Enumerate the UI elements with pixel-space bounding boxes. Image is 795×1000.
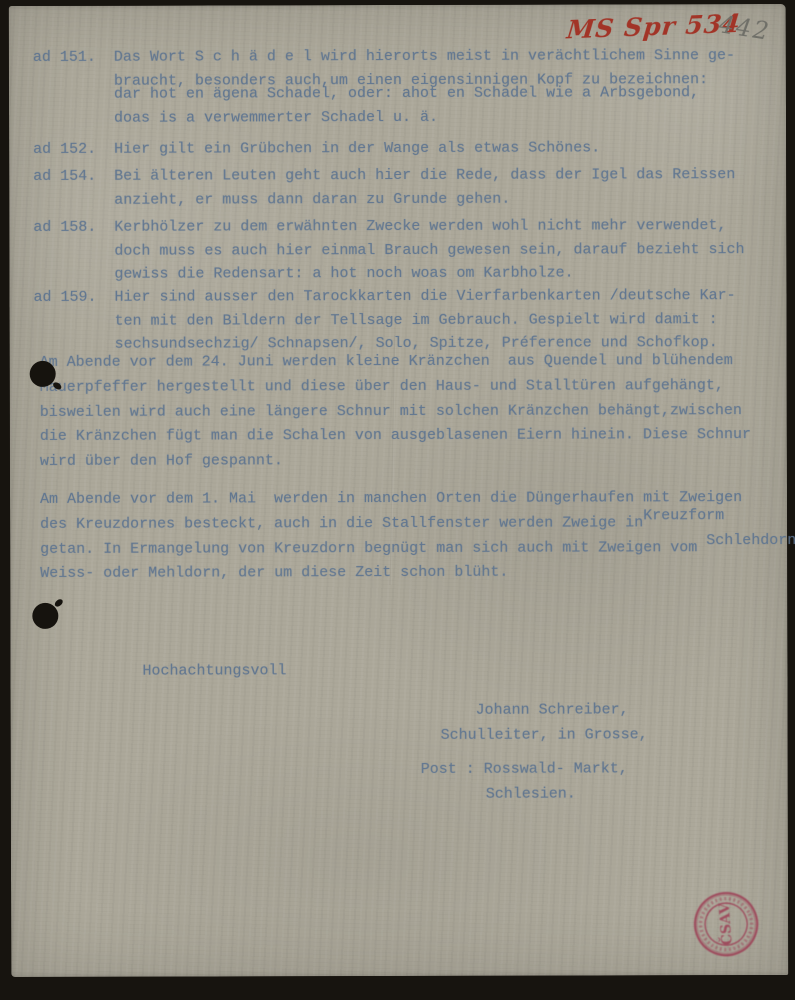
text-line: wird über den Hof gespannt.	[40, 448, 780, 475]
text-line: Weiss- oder Mehldorn, der um diese Zeit …	[40, 560, 780, 587]
ad-item-154: ad 154.Bei älteren Leuten geht auch hier…	[33, 163, 795, 212]
ad-item-159: ad 159.Hier sind ausser den Tarockkarten…	[33, 284, 795, 357]
text-line: Hier gilt ein Grübchen in der Wange als …	[114, 136, 795, 161]
ad-item-label: ad 154.	[33, 165, 96, 189]
text-line: Bei älteren Leuten geht auch hier die Re…	[114, 163, 795, 188]
text-line: Kerbhölzer zu dem erwähnten Zwecke werde…	[114, 214, 795, 239]
closing-salutation: Hochachtungsvoll	[142, 662, 286, 679]
paragraph-juni: Am Abende vor dem 24. Juni werden kleine…	[40, 349, 780, 475]
text-line: die Kränzchen fügt man die Schalen von a…	[40, 423, 780, 450]
ad-item-label: ad 151.	[33, 46, 96, 70]
text-line: gewiss die Redensart: a hot noch woas om…	[114, 261, 795, 286]
ad-item-label: ad 158.	[33, 216, 96, 240]
text-line: dar hot en ägena Schadel, oder: ahot en …	[114, 81, 795, 106]
svg-text:ČSAV: ČSAV	[715, 902, 736, 946]
text-line: Am Abende vor dem 24. Juni werden kleine…	[40, 349, 780, 376]
text-line: getan. In Ermangelung von Kreuzdorn begn…	[40, 536, 780, 563]
ad-item-label: ad 159.	[33, 286, 96, 310]
ad-item-151: ad 151.Das Wort S c h ä d e l wird hiero…	[33, 44, 795, 130]
text-line: ten mit den Bildern der Tellsage im Gebr…	[115, 307, 795, 332]
punch-hole	[32, 603, 58, 629]
text-line: Mauerpfeffer hergestellt und diese über …	[40, 374, 780, 401]
round-archive-stamp-icon: ČSAV	[679, 877, 774, 972]
signature-line: Johann Schreiber,	[476, 701, 629, 718]
text-segment: des Kreuzdornes besteckt, auch in die St…	[40, 514, 643, 533]
text-line: doch muss es auch hier einmal Brauch gew…	[114, 237, 795, 262]
signature-line: Schlesien.	[486, 786, 576, 803]
ad-item-158: ad 158.Kerbhölzer zu dem erwähnten Zweck…	[33, 214, 795, 287]
letter-body: ad 151.Das Wort S c h ä d e l wird hiero…	[9, 4, 786, 6]
raised-text-segment: Schlehdorn	[706, 532, 795, 549]
text-line: Das Wort S c h ä d e l wird hierorts mei…	[114, 44, 795, 69]
text-segment: getan. In Ermangelung von Kreuzdorn begn…	[40, 539, 706, 558]
archive-signature-red: MS Spr 534	[565, 9, 742, 45]
ad-item-label: ad 152.	[33, 138, 96, 162]
text-line: des Kreuzdornes besteckt, auch in die St…	[40, 511, 780, 538]
ad-item-152: ad 152.Hier gilt ein Grübchen in der Wan…	[33, 136, 795, 162]
punch-hole	[30, 361, 56, 387]
text-line: doas is a verwemmerter Schadel u. ä.	[114, 104, 795, 129]
page-number-pencil: 442	[717, 10, 773, 46]
text-line: Hier sind ausser den Tarockkarten die Vi…	[114, 284, 795, 309]
text-line: anzieht, er muss dann daran zu Grunde ge…	[114, 186, 795, 211]
signature-line: Post : Rosswald- Markt,	[421, 760, 628, 778]
raised-text-segment: Kreuzform	[643, 507, 724, 524]
text-line: bisweilen wird auch eine längere Schnur …	[40, 399, 780, 426]
paragraph-mai: Am Abende vor dem 1. Mai werden in manch…	[40, 486, 780, 587]
scanned-letter-page: MS Spr 534 442 ad 151.Das Wort S c h ä d…	[9, 4, 789, 977]
signature-line: Schulleiter, in Grosse,	[441, 726, 648, 744]
